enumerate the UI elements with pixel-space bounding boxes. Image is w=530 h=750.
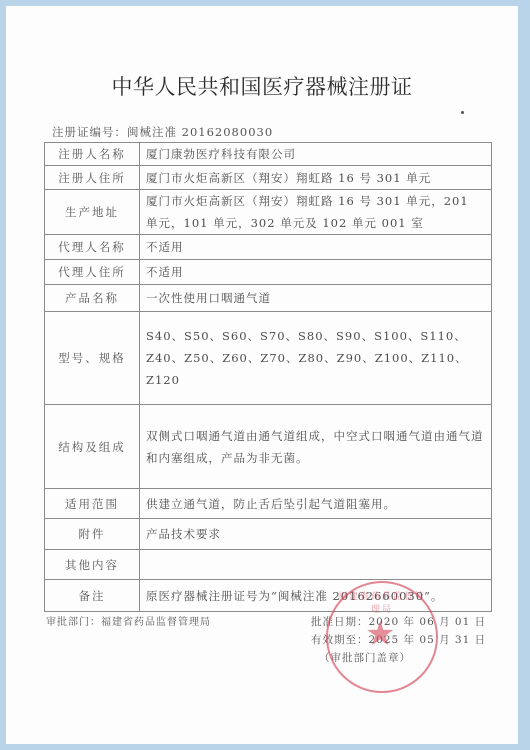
table-row: 备注 原医疗器械注册证号为“闽械注准 20162660030”。	[45, 580, 492, 612]
approval-dates: 批准日期：2020 年 06 月 01 日 有效期至：2025 年 05 月 3…	[311, 613, 486, 667]
row-label: 生产地址	[45, 190, 140, 235]
registration-number-label: 注册证编号：	[52, 125, 127, 139]
table-row: 注册人住所 厦门市火炬高新区（翔安）翔虹路 16 号 301 单元	[45, 166, 492, 190]
row-value: 原医疗器械注册证号为“闽械注准 20162660030”。	[140, 580, 492, 612]
row-label: 型号、规格	[45, 312, 140, 405]
approval-department: 审批部门：福建省药品监督管理局	[46, 613, 211, 628]
row-value: 厦门市火炬高新区（翔安）翔虹路 16 号 301 单元，201 单元，101 单…	[140, 190, 492, 235]
certificate-table: 注册人名称 厦门康勃医疗科技有限公司 注册人住所 厦门市火炬高新区（翔安）翔虹路…	[44, 142, 492, 612]
table-row: 注册人名称 厦门康勃医疗科技有限公司	[45, 143, 492, 166]
table-row: 其他内容	[45, 550, 492, 580]
row-label: 其他内容	[45, 550, 140, 580]
row-value: 厦门康勃医疗科技有限公司	[140, 143, 492, 166]
row-label: 备注	[45, 580, 140, 612]
table-row: 附件 产品技术要求	[45, 519, 492, 550]
row-value: 不适用	[140, 235, 492, 260]
row-value	[140, 550, 492, 580]
row-value: 厦门市火炬高新区（翔安）翔虹路 16 号 301 单元	[140, 166, 492, 190]
row-value: S40、S50、S60、S70、S80、S90、S100、S110、Z40、Z5…	[140, 312, 492, 405]
table-row: 生产地址 厦门市火炬高新区（翔安）翔虹路 16 号 301 单元，201 单元，…	[45, 190, 492, 235]
row-value: 供建立通气道，防止舌后坠引起气道阻塞用。	[140, 489, 492, 519]
row-value: 产品技术要求	[140, 519, 492, 550]
registration-number-value: 闽械注准 20162080030	[127, 125, 273, 139]
row-value: 一次性使用口咽通气道	[140, 285, 492, 312]
table-row: 代理人住所 不适用	[45, 260, 492, 285]
valid-until: 有效期至：2025 年 05 月 31 日	[311, 631, 486, 649]
approval-date: 批准日期：2020 年 06 月 01 日	[311, 613, 486, 631]
row-label: 代理人名称	[45, 235, 140, 260]
table-row: 结构及组成 双侧式口咽通气道由通气道组成，中空式口咽通气道由通气道和内塞组成，产…	[45, 405, 492, 489]
scan-speck	[461, 111, 464, 114]
table-row: 产品名称 一次性使用口咽通气道	[45, 285, 492, 312]
registration-number: 注册证编号：闽械注准 20162080030	[52, 124, 273, 140]
row-label: 代理人住所	[45, 260, 140, 285]
table-row: 适用范围 供建立通气道，防止舌后坠引起气道阻塞用。	[45, 489, 492, 519]
certificate-page: 中华人民共和国医疗器械注册证 注册证编号：闽械注准 20162080030 注册…	[6, 6, 518, 744]
row-value: 双侧式口咽通气道由通气道组成，中空式口咽通气道由通气道和内塞组成，产品为非无菌。	[140, 405, 492, 489]
seal-note: （审批部门盖章）	[311, 649, 486, 667]
table-row: 代理人名称 不适用	[45, 235, 492, 260]
certificate-title: 中华人民共和国医疗器械注册证	[6, 71, 518, 101]
table-row: 型号、规格 S40、S50、S60、S70、S80、S90、S100、S110、…	[45, 312, 492, 405]
row-label: 产品名称	[45, 285, 140, 312]
row-label: 注册人住所	[45, 166, 140, 190]
row-value: 不适用	[140, 260, 492, 285]
row-label: 结构及组成	[45, 405, 140, 489]
row-label: 适用范围	[45, 489, 140, 519]
row-label: 附件	[45, 519, 140, 550]
row-label: 注册人名称	[45, 143, 140, 166]
